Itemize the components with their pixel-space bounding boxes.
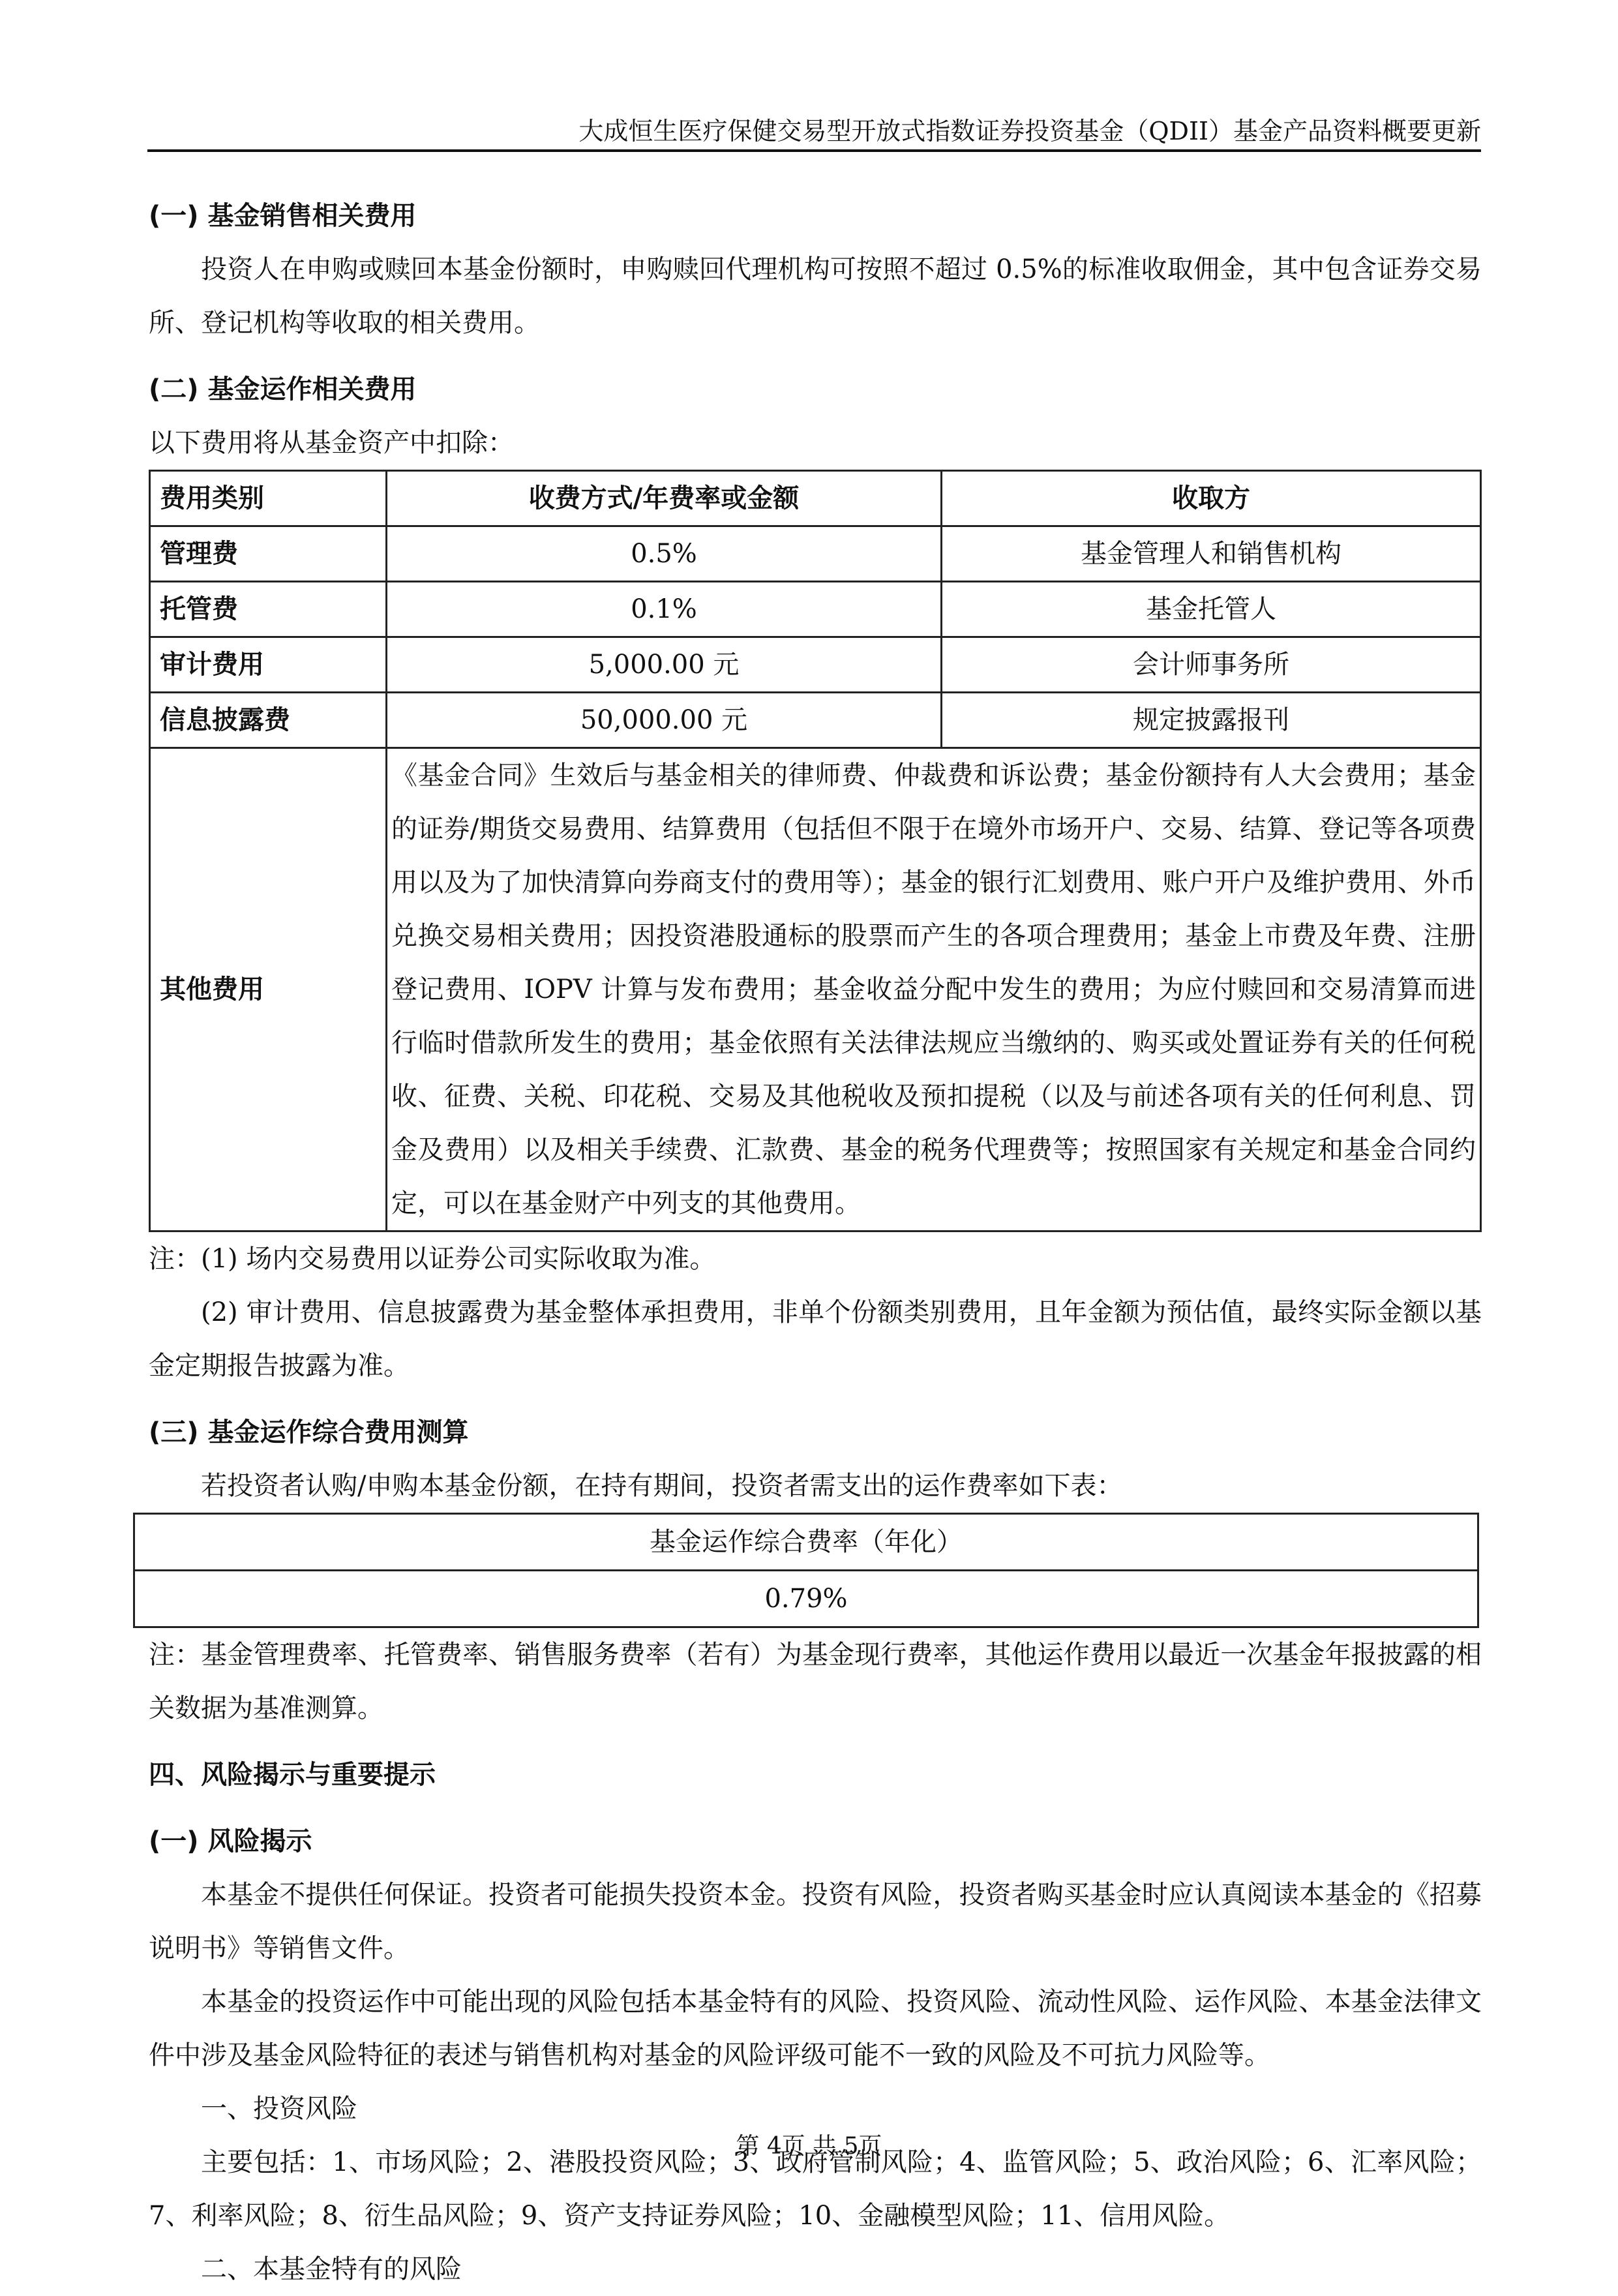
table-header-row: 基金运作综合费率（年化）	[134, 1514, 1478, 1571]
page-number: 第 4页 共 5页	[0, 2128, 1618, 2161]
subsection-heading-risk-disclosure: (一) 风险揭示	[149, 1815, 1482, 1868]
row-recipient: 会计师事务所	[942, 637, 1481, 693]
row-category: 审计费用	[150, 637, 387, 693]
row-rate: 5,000.00 元	[387, 637, 942, 693]
section-heading-fee-calculation: (三) 基金运作综合费用测算	[149, 1406, 1482, 1459]
composite-fee-table: 基金运作综合费率（年化） 0.79%	[133, 1513, 1479, 1628]
fee-calculation-note: 注：基金管理费率、托管费率、销售服务费率（若有）为基金现行费率，其他运作费用以最…	[149, 1628, 1482, 1735]
table-row: 审计费用 5,000.00 元 会计师事务所	[150, 637, 1481, 693]
row-category: 其他费用	[150, 748, 387, 1231]
risk-paragraph-2: 本基金的投资运作中可能出现的风险包括本基金特有的风险、投资风险、流动性风险、运作…	[149, 1975, 1482, 2082]
row-rate: 0.1%	[387, 582, 942, 637]
section-heading-risk: 四、风险揭示与重要提示	[149, 1748, 1482, 1802]
section-heading-operation-fees: (二) 基金运作相关费用	[149, 363, 1482, 416]
header-rate: 收费方式/年费率或金额	[387, 471, 942, 526]
table-row: 信息披露费 50,000.00 元 规定披露报刊	[150, 693, 1481, 748]
row-rate: 50,000.00 元	[387, 693, 942, 748]
header-divider	[147, 149, 1481, 152]
table-row: 管理费 0.5% 基金管理人和销售机构	[150, 526, 1481, 582]
row-recipient: 基金托管人	[942, 582, 1481, 637]
risk-item-2-title: 二、本基金特有的风险	[149, 2243, 1482, 2296]
row-rate: 0.5%	[387, 526, 942, 582]
table-row: 0.79%	[134, 1571, 1478, 1627]
risk-paragraph-1: 本基金不提供任何保证。投资者可能损失投资本金。投资有风险，投资者购买基金时应认真…	[149, 1868, 1482, 1975]
row-recipient: 基金管理人和销售机构	[942, 526, 1481, 582]
section-heading-sales-fees: (一) 基金销售相关费用	[149, 189, 1482, 243]
other-fees-description: 《基金合同》生效后与基金相关的律师费、仲裁费和诉讼费；基金份额持有人大会费用；基…	[387, 748, 1481, 1231]
operation-fees-note-1: 注：(1) 场内交易费用以证券公司实际收取为准。	[149, 1232, 1482, 1286]
table-row-other-fees: 其他费用 《基金合同》生效后与基金相关的律师费、仲裁费和诉讼费；基金份额持有人大…	[150, 748, 1481, 1231]
composite-fee-header: 基金运作综合费率（年化）	[134, 1514, 1478, 1571]
document-header-title: 大成恒生医疗保健交易型开放式指数证券投资基金（QDII）基金产品资料概要更新	[578, 111, 1481, 147]
document-body: (一) 基金销售相关费用 投资人在申购或赎回本基金份额时，申购赎回代理机构可按照…	[149, 189, 1482, 2296]
operation-fees-intro: 以下费用将从基金资产中扣除：	[149, 416, 1482, 470]
sales-fees-paragraph: 投资人在申购或赎回本基金份额时，申购赎回代理机构可按照不超过 0.5%的标准收取…	[149, 243, 1482, 350]
table-row: 托管费 0.1% 基金托管人	[150, 582, 1481, 637]
row-category: 信息披露费	[150, 693, 387, 748]
row-category: 托管费	[150, 582, 387, 637]
header-category: 费用类别	[150, 471, 387, 526]
operation-fees-table: 费用类别 收费方式/年费率或金额 收取方 管理费 0.5% 基金管理人和销售机构…	[149, 470, 1482, 1232]
header-recipient: 收取方	[942, 471, 1481, 526]
composite-fee-value: 0.79%	[134, 1571, 1478, 1627]
row-category: 管理费	[150, 526, 387, 582]
row-recipient: 规定披露报刊	[942, 693, 1481, 748]
fee-calculation-intro: 若投资者认购/申购本基金份额，在持有期间，投资者需支出的运作费率如下表：	[149, 1459, 1482, 1513]
table-header-row: 费用类别 收费方式/年费率或金额 收取方	[150, 471, 1481, 526]
operation-fees-note-2: (2) 审计费用、信息披露费为基金整体承担费用，非单个份额类别费用，且年金额为预…	[149, 1286, 1482, 1393]
